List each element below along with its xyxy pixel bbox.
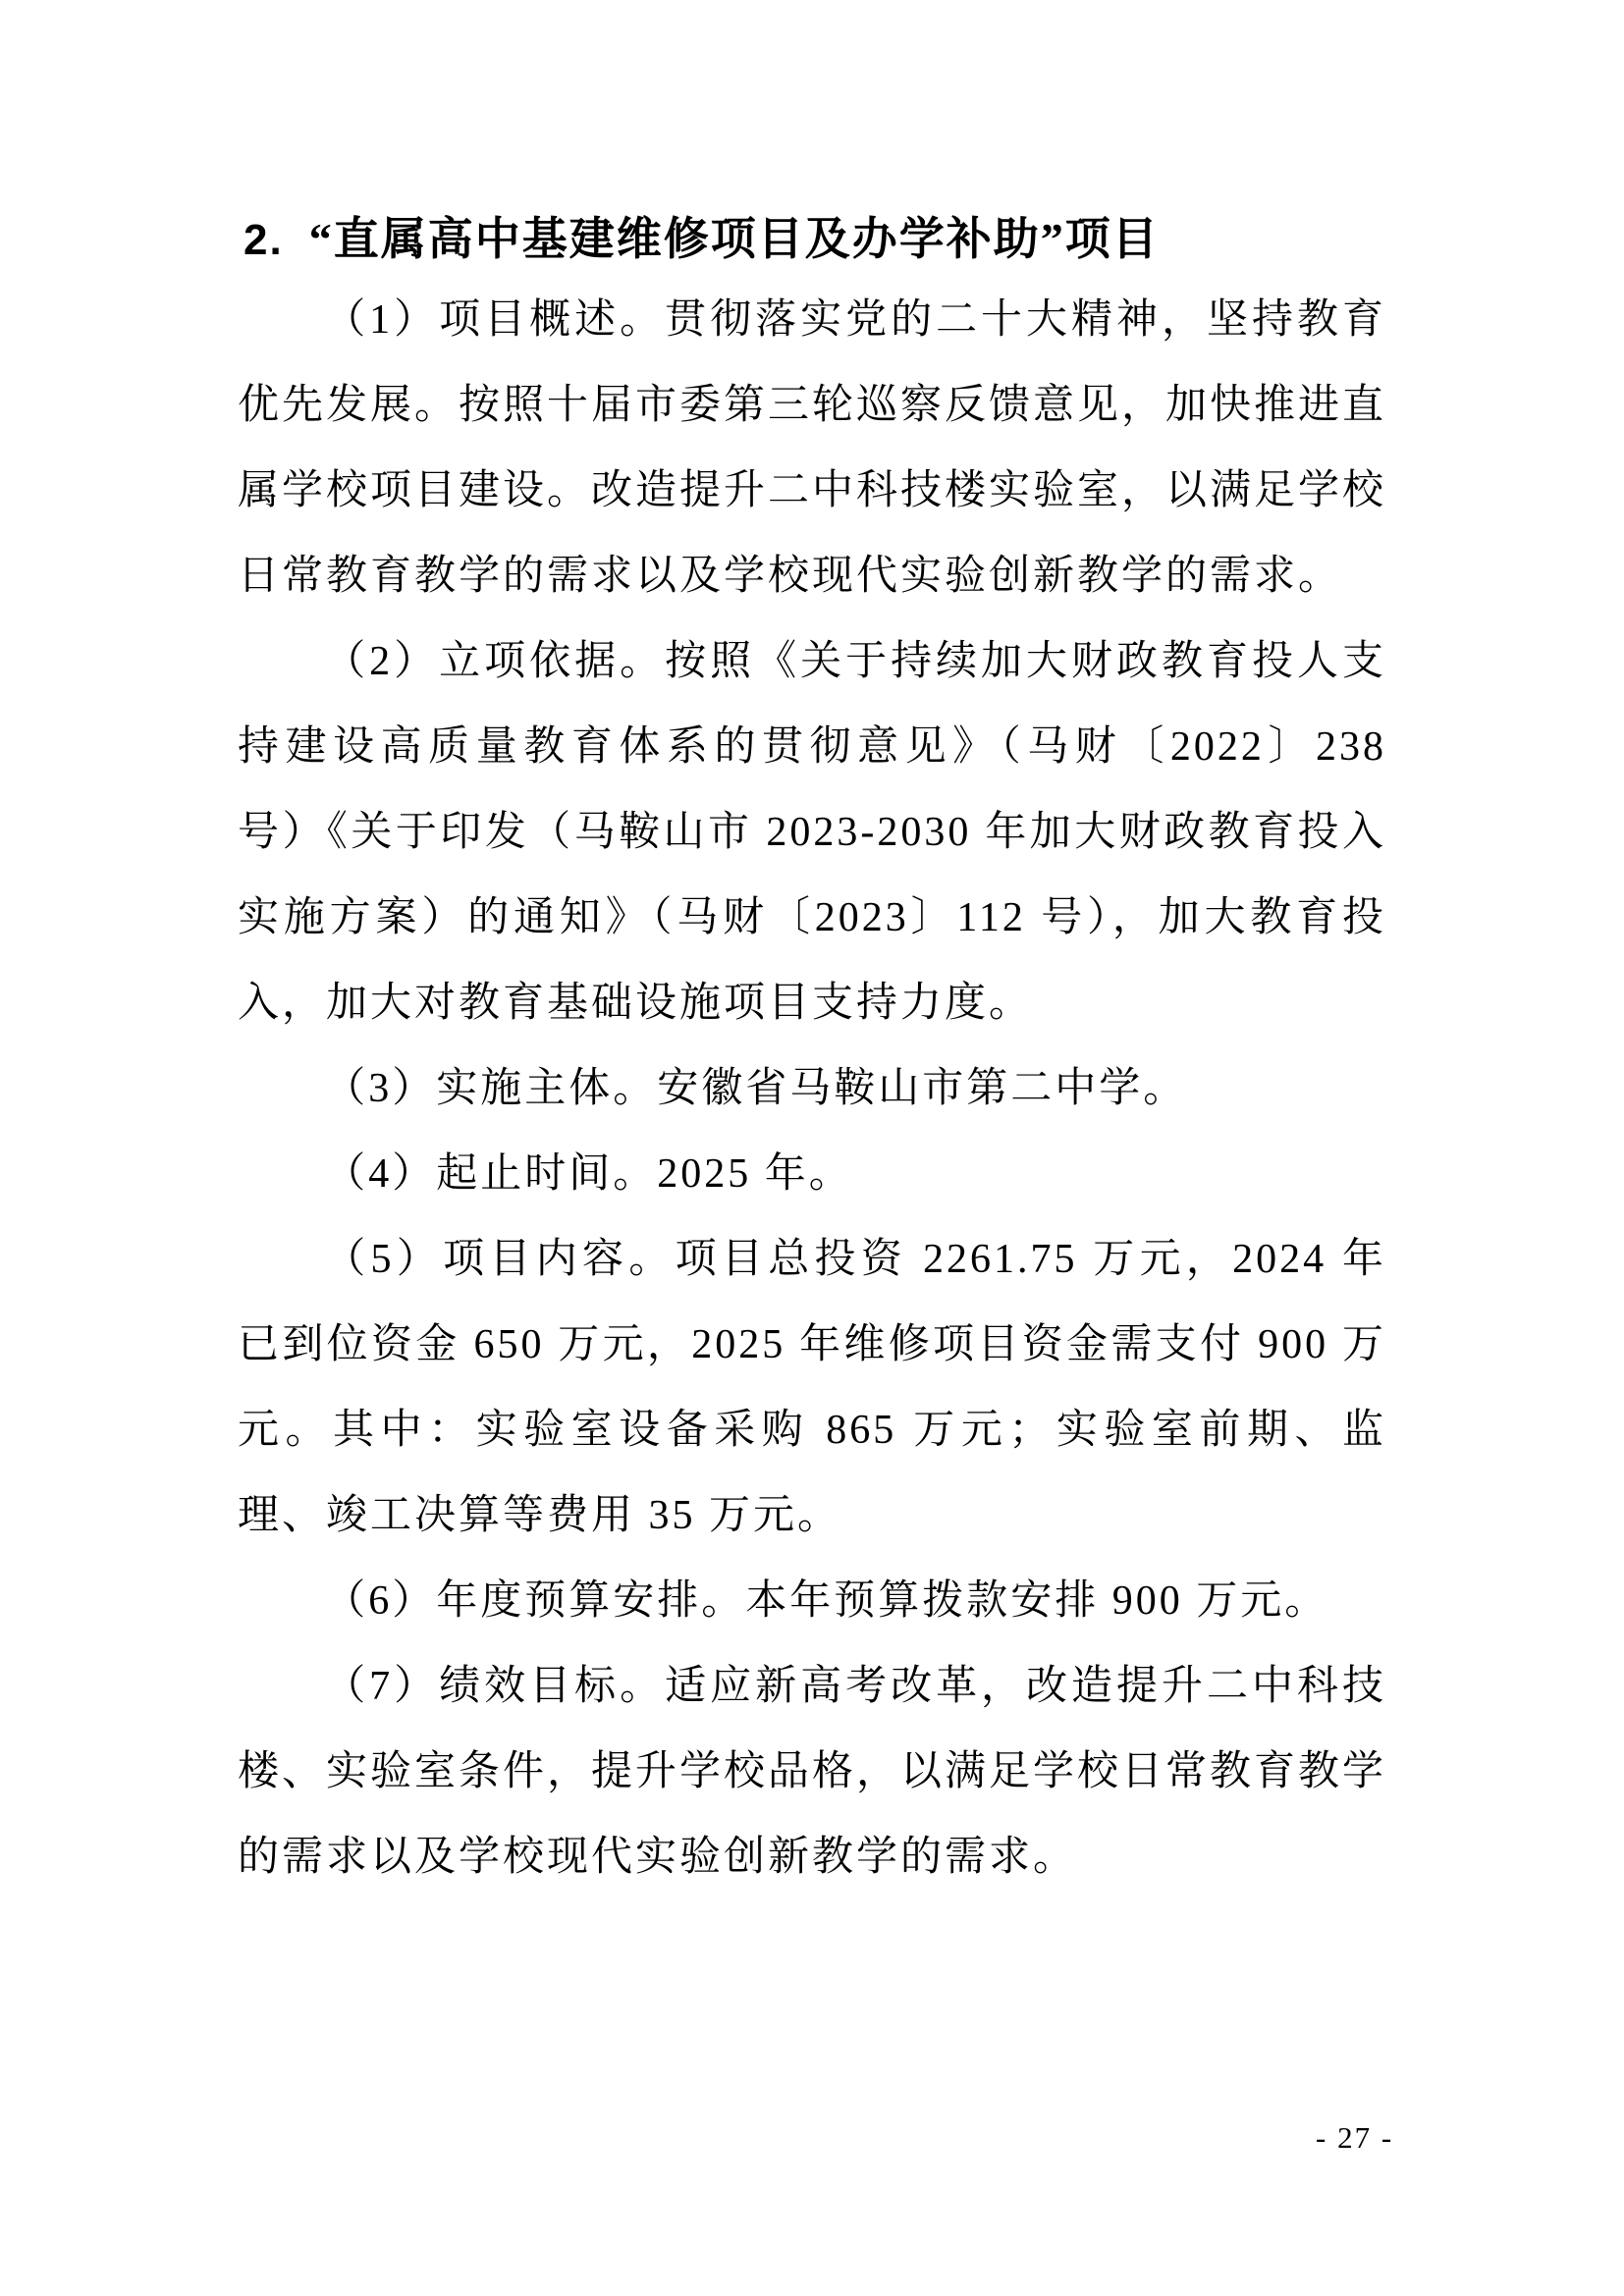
page-number: - 27 - — [1316, 2120, 1393, 2156]
paragraph-time-period: （4）起止时间。2025 年。 — [238, 1132, 1386, 1217]
paragraph-project-overview: （1）项目概述。贯彻落实党的二十大精神，坚持教育优先发展。按照十届市委第三轮巡察… — [238, 278, 1386, 619]
section-title: “直属高中基建维修项目及办学补助”项目 — [309, 214, 1160, 264]
document-page: 2.“直属高中基建维修项目及办学补助”项目 （1）项目概述。贯彻落实党的二十大精… — [0, 0, 1624, 2296]
paragraph-project-content: （5）项目内容。项目总投资 2261.75 万元，2024 年已到位资金 650… — [238, 1217, 1386, 1559]
section-number: 2. — [244, 210, 284, 271]
paragraph-approval-basis: （2）立项依据。按照《关于持续加大财政教育投人支持建设高质量教育体系的贯彻意见》… — [238, 619, 1386, 1046]
paragraph-performance-goals: （7）绩效目标。适应新高考改革，改造提升二中科技楼、实验室条件，提升学校品格，以… — [238, 1644, 1386, 1900]
paragraph-annual-budget: （6）年度预算安排。本年预算拨款安排 900 万元。 — [238, 1559, 1386, 1644]
section-heading: 2.“直属高中基建维修项目及办学补助”项目 — [244, 209, 1386, 271]
paragraph-implementing-body: （3）实施主体。安徽省马鞍山市第二中学。 — [238, 1046, 1386, 1132]
document-body: 2.“直属高中基建维修项目及办学补助”项目 （1）项目概述。贯彻落实党的二十大精… — [238, 209, 1386, 1900]
